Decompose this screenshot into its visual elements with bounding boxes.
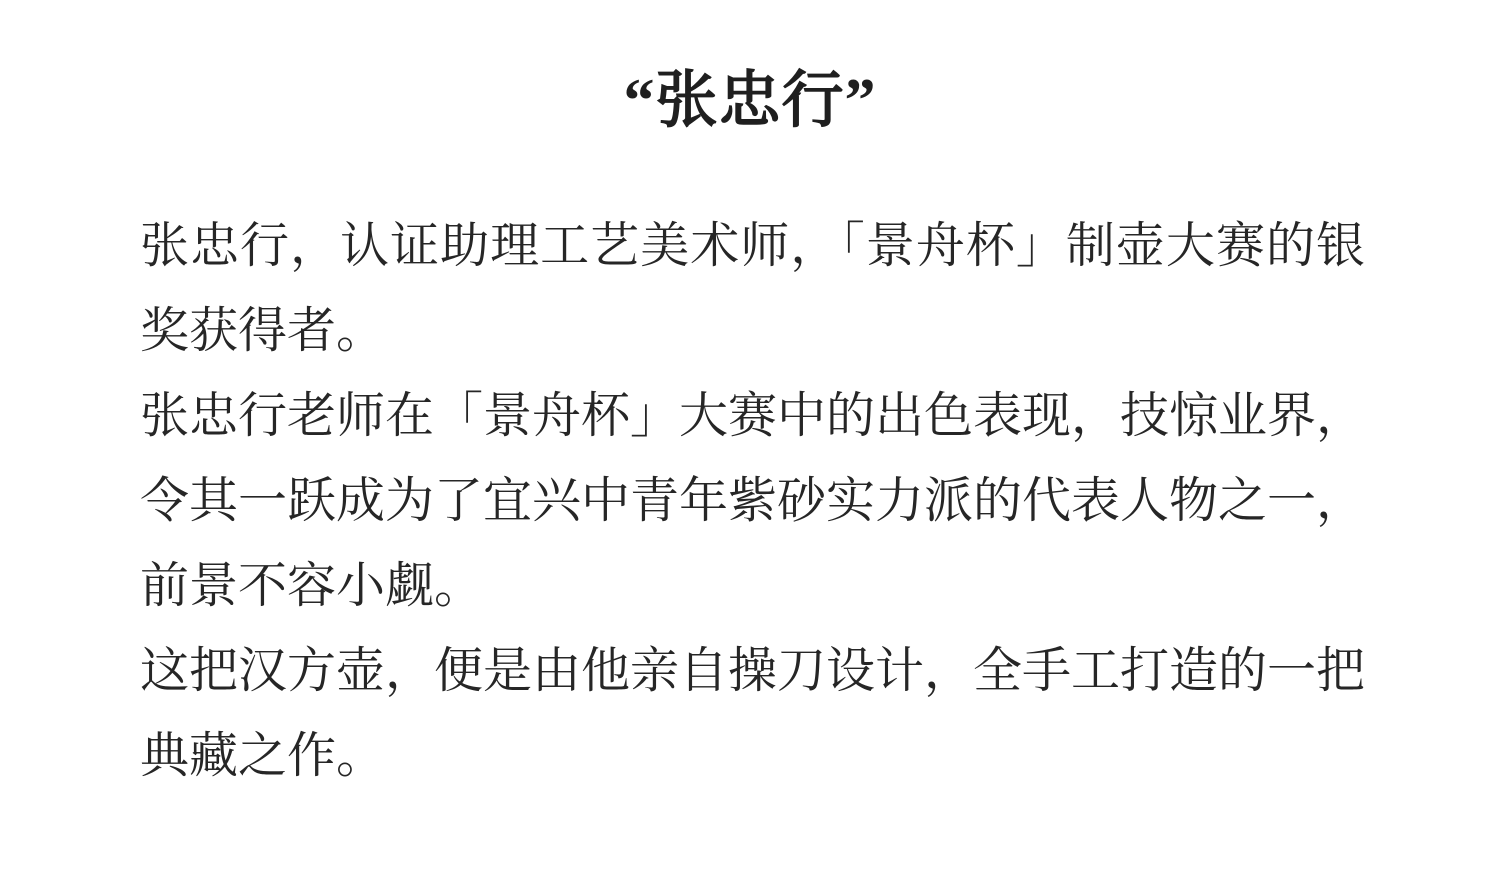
product-description-page: “张忠行” 张忠行，认证助理工艺美术师，「景舟杯」制壶大赛的银奖获得者。 张忠行… [0, 0, 1500, 884]
page-title: “张忠行” [0, 70, 1500, 132]
paragraph-achievement: 张忠行老师在「景舟杯」大赛中的出色表现，技惊业界，令其一跃成为了宜兴中青年紫砂实… [140, 374, 1365, 629]
description-body: 张忠行，认证助理工艺美术师，「景舟杯」制壶大赛的银奖获得者。 张忠行老师在「景舟… [140, 204, 1365, 799]
paragraph-intro: 张忠行，认证助理工艺美术师，「景舟杯」制壶大赛的银奖获得者。 [140, 204, 1365, 374]
paragraph-teapot: 这把汉方壶，便是由他亲自操刀设计，全手工打造的一把典藏之作。 [140, 629, 1365, 799]
